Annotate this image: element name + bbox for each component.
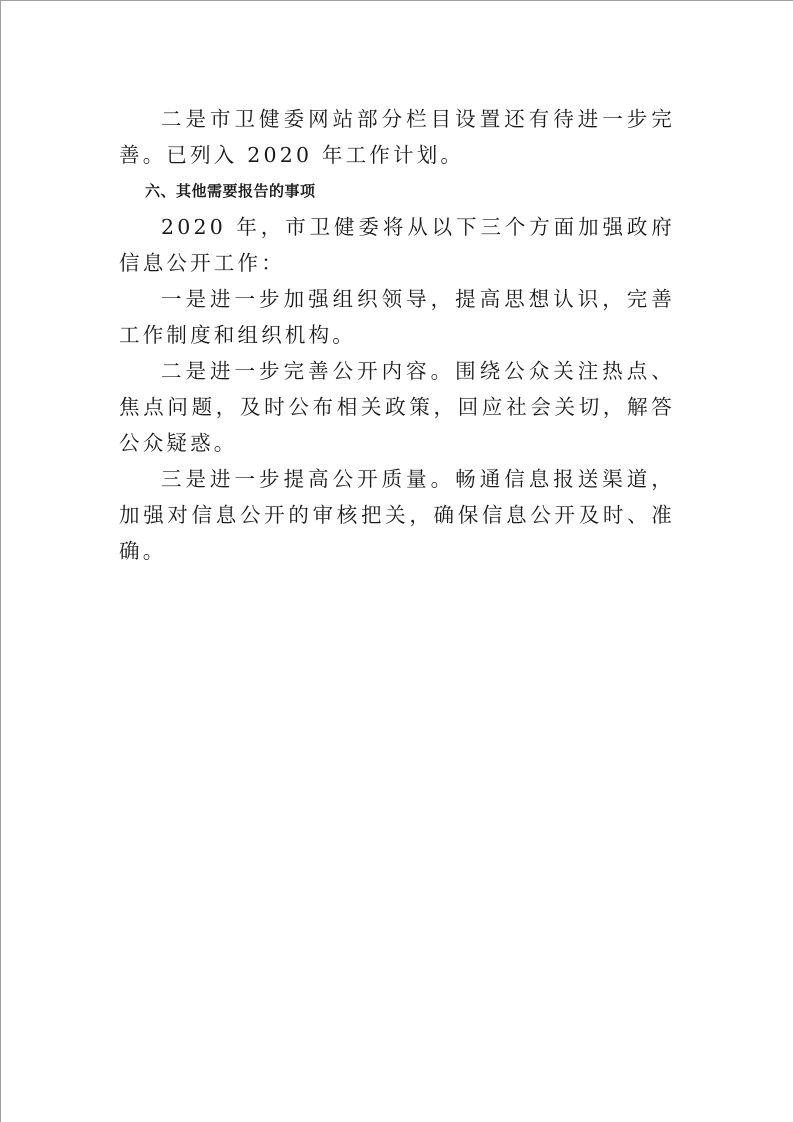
section-heading-other-matters: 六、其他需要报告的事项	[119, 173, 675, 209]
document-body: 二是市卫健委网站部分栏目设置还有待进一步完善。已列入 2020 年工作计划。 六…	[119, 101, 675, 569]
document-page: { "document": { "blocks": [ { "type": "p…	[0, 0, 793, 1122]
paragraph-plan-item-1: 一是进一步加强组织领导，提高思想认识，完善工作制度和组织机构。	[119, 281, 675, 353]
paragraph-2020-plan-intro: 2020 年，市卫健委将从以下三个方面加强政府信息公开工作：	[119, 209, 675, 281]
paragraph-website-improvement: 二是市卫健委网站部分栏目设置还有待进一步完善。已列入 2020 年工作计划。	[119, 101, 675, 173]
paragraph-plan-item-3: 三是进一步提高公开质量。畅通信息报送渠道，加强对信息公开的审核把关，确保信息公开…	[119, 461, 675, 569]
paragraph-plan-item-2: 二是进一步完善公开内容。围绕公众关注热点、焦点问题，及时公布相关政策，回应社会关…	[119, 353, 675, 461]
